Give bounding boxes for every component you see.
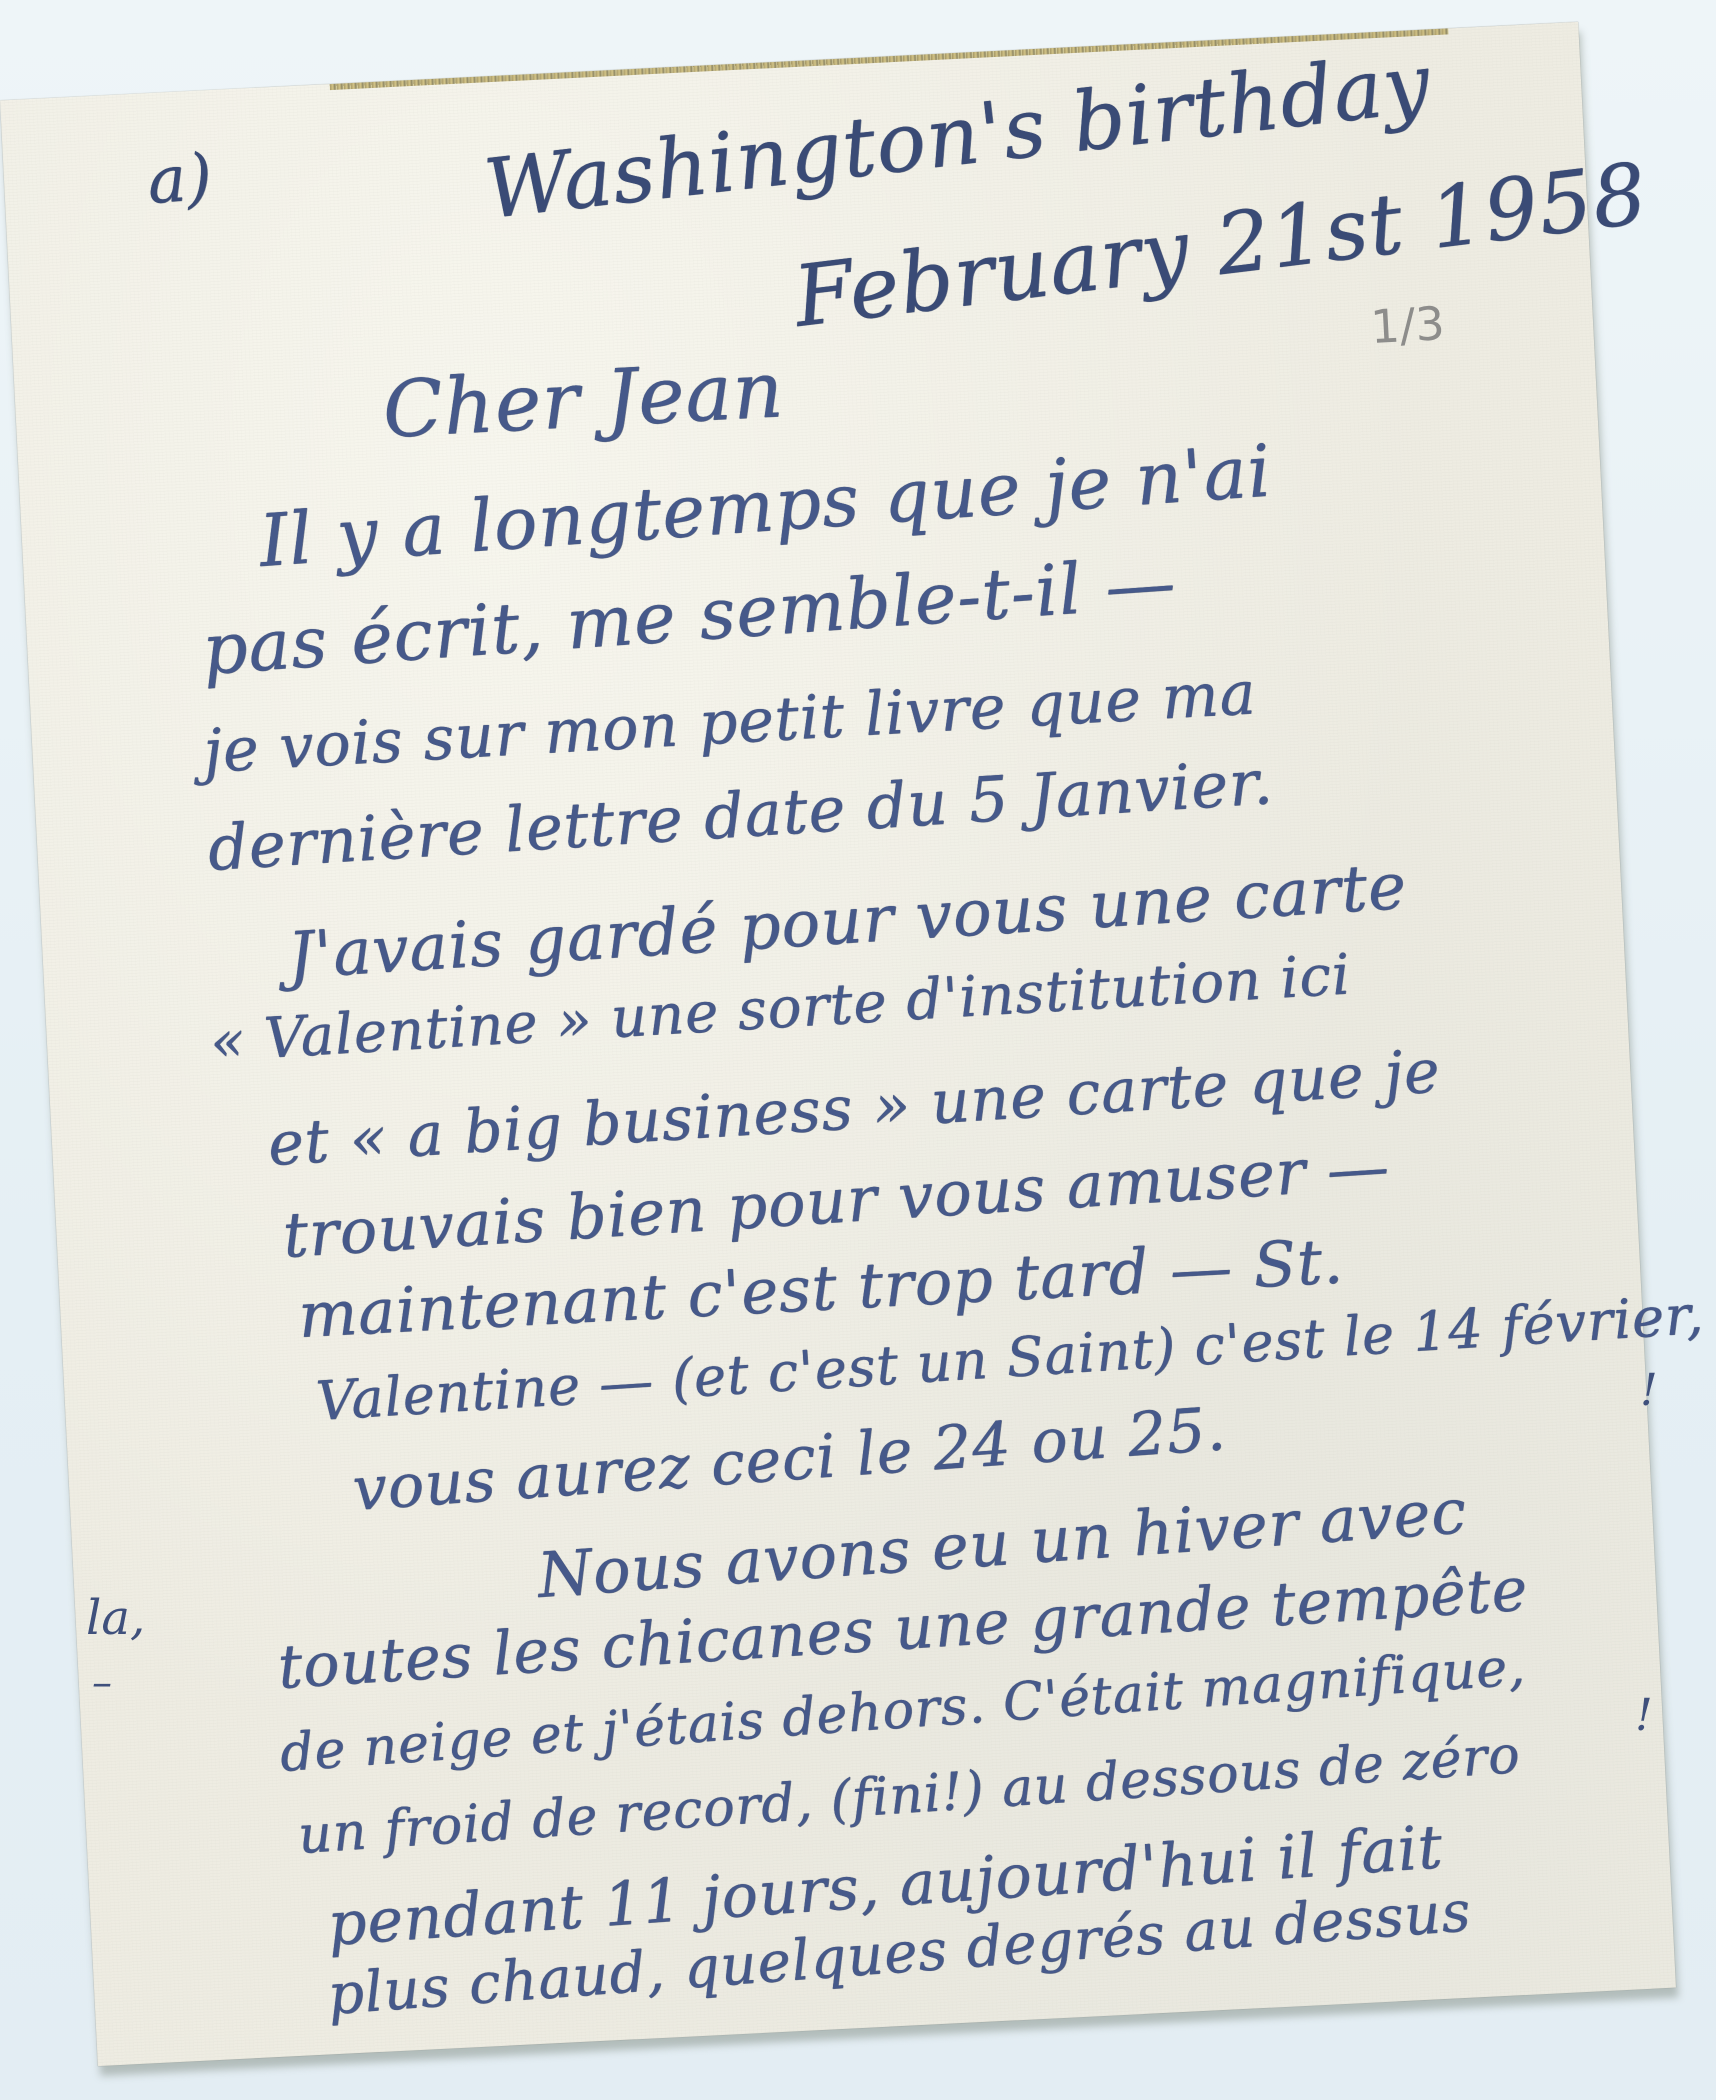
page-marker: a) [146, 146, 215, 214]
salutation: Cher Jean [381, 351, 786, 450]
left-margin-fragment: la, [86, 1590, 145, 1646]
right-margin-mark: ! [1640, 1365, 1658, 1416]
left-margin-fragment: – [92, 1660, 112, 1706]
pencil-page-number: 1/3 [1369, 296, 1446, 354]
right-margin-mark: ! [1635, 1690, 1653, 1741]
